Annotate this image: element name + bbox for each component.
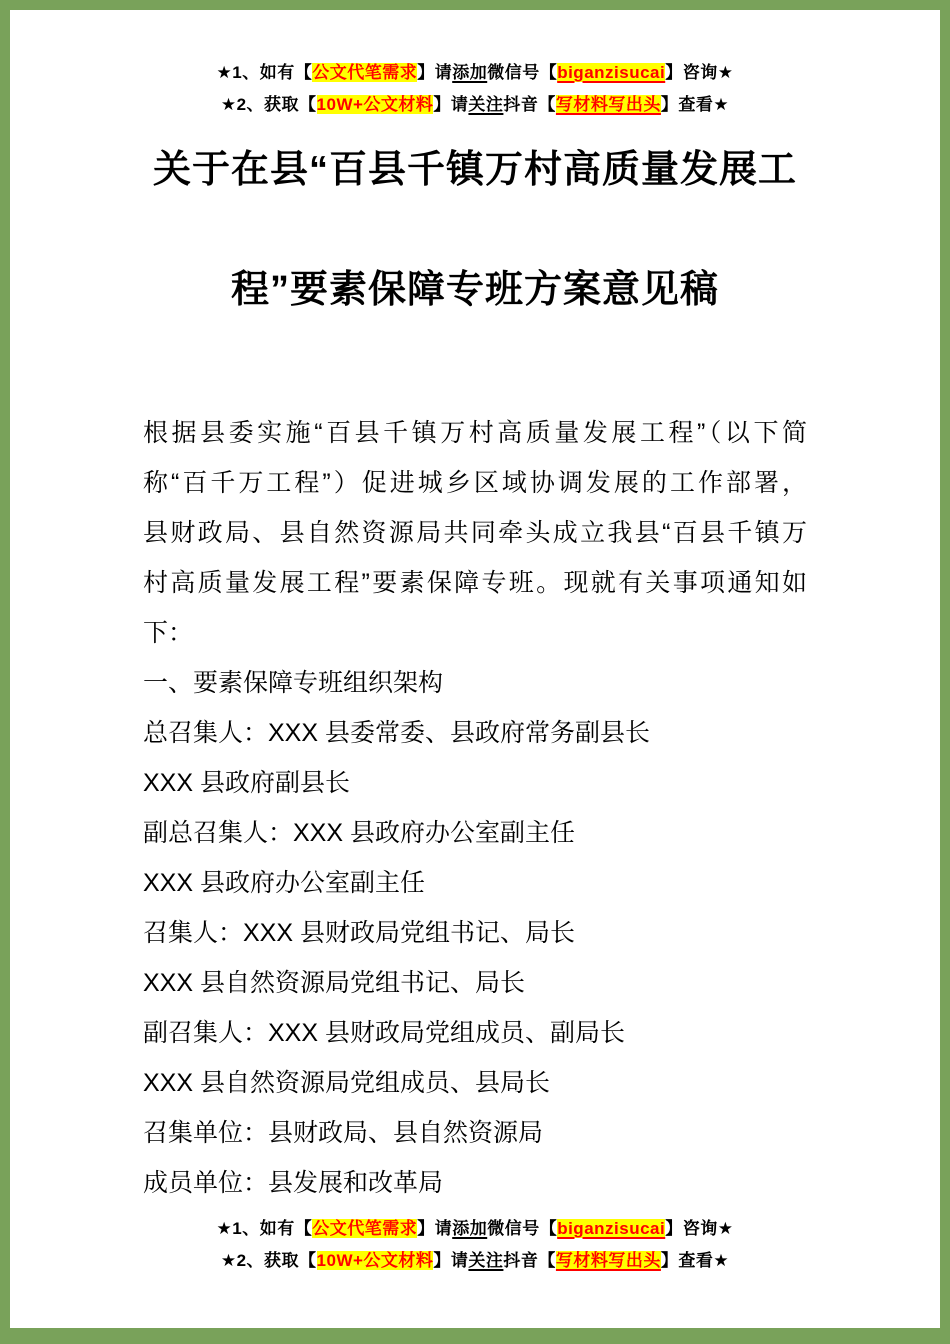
underlined-text: 关注 bbox=[468, 1251, 503, 1270]
header-promo-line-2: ★2、获取【10W+公文材料】请关注抖音【写材料写出头】查看★ bbox=[10, 89, 940, 121]
highlighted-keyword: biganzisucai bbox=[557, 1219, 665, 1238]
roster-line: XXX 县自然资源局党组成员、县局长 bbox=[143, 1058, 807, 1108]
roster-line: 召集单位：县财政局、县自然资源局 bbox=[143, 1108, 807, 1158]
roster-line: 副召集人：XXX 县财政局党组成员、副局长 bbox=[143, 1008, 807, 1058]
roster-line: XXX 县政府办公室副主任 bbox=[143, 858, 807, 908]
roster-line: 成员单位：县发展和改革局 bbox=[143, 1158, 807, 1208]
header-promo-line-1: ★1、如有【公文代笔需求】请添加微信号【biganzisucai】咨询★ bbox=[10, 57, 940, 89]
highlighted-keyword: biganzisucai bbox=[557, 63, 665, 82]
roster-list: 总召集人：XXX 县委常委、县政府常务副县长XXX 县政府副县长副总召集人：XX… bbox=[143, 708, 807, 1208]
document-page: ★1、如有【公文代笔需求】请添加微信号【biganzisucai】咨询★ ★2、… bbox=[0, 0, 950, 1344]
highlighted-keyword: 公文代笔需求 bbox=[312, 1219, 417, 1238]
promo-text: ★1、如有【 bbox=[217, 63, 313, 82]
opening-paragraph: 根据县委实施“百县千镇万村高质量发展工程”（以下简称“百千万工程”）促进城乡区域… bbox=[143, 408, 807, 658]
highlighted-keyword: 写材料写出头 bbox=[556, 1251, 661, 1270]
roster-line: 总召集人：XXX 县委常委、县政府常务副县长 bbox=[143, 708, 807, 758]
promo-text: 】咨询★ bbox=[665, 63, 733, 82]
underlined-text: 关注 bbox=[468, 95, 503, 114]
promo-text: 】请 bbox=[433, 95, 468, 114]
section-heading: 一、要素保障专班组织架构 bbox=[143, 658, 807, 708]
paragraph-line: 称“百千万工程”）促进城乡区域协调发展的工作部署， bbox=[143, 458, 807, 508]
promo-text: 】查看★ bbox=[661, 95, 729, 114]
document-title-line-2: 程”要素保障专班方案意见稿 bbox=[10, 267, 940, 313]
promo-text: 抖音【 bbox=[503, 95, 556, 114]
promo-text: 抖音【 bbox=[503, 1251, 556, 1270]
roster-line: 副总召集人：XXX 县政府办公室副主任 bbox=[143, 808, 807, 858]
paragraph-line: 下： bbox=[143, 608, 807, 658]
underlined-text: 添加 bbox=[452, 1219, 487, 1238]
underlined-text: 添加 bbox=[452, 63, 487, 82]
highlighted-keyword: 10W+公文材料 bbox=[317, 95, 434, 114]
paragraph-line: 县财政局、县自然资源局共同牵头成立我县“百县千镇万 bbox=[143, 508, 807, 558]
highlighted-keyword: 10W+公文材料 bbox=[317, 1251, 434, 1270]
promo-text: ★1、如有【 bbox=[217, 1219, 313, 1238]
roster-line: 召集人：XXX 县财政局党组书记、局长 bbox=[143, 908, 807, 958]
promo-text: ★2、获取【 bbox=[221, 95, 317, 114]
roster-line: XXX 县自然资源局党组书记、局长 bbox=[143, 958, 807, 1008]
paragraph-line: 村高质量发展工程”要素保障专班。现就有关事项通知如 bbox=[143, 558, 807, 608]
paragraph-line: 根据县委实施“百县千镇万村高质量发展工程”（以下简 bbox=[143, 408, 807, 458]
highlighted-keyword: 写材料写出头 bbox=[556, 95, 661, 114]
document-body: 根据县委实施“百县千镇万村高质量发展工程”（以下简称“百千万工程”）促进城乡区域… bbox=[143, 408, 807, 1208]
promo-text: 】咨询★ bbox=[665, 1219, 733, 1238]
footer-promo-line-1: ★1、如有【公文代笔需求】请添加微信号【biganzisucai】咨询★ bbox=[10, 1213, 940, 1245]
footer-promo-line-2: ★2、获取【10W+公文材料】请关注抖音【写材料写出头】查看★ bbox=[10, 1245, 940, 1277]
promo-text: ★2、获取【 bbox=[221, 1251, 317, 1270]
highlighted-keyword: 公文代笔需求 bbox=[312, 63, 417, 82]
promo-text: 微信号【 bbox=[487, 1219, 557, 1238]
document-title-line-1: 关于在县“百县千镇万村高质量发展工 bbox=[10, 147, 940, 193]
promo-text: 】请 bbox=[417, 1219, 452, 1238]
promo-text: 】查看★ bbox=[661, 1251, 729, 1270]
promo-text: 微信号【 bbox=[487, 63, 557, 82]
header-promo-banner: ★1、如有【公文代笔需求】请添加微信号【biganzisucai】咨询★ ★2、… bbox=[10, 57, 940, 121]
footer-promo-banner: ★1、如有【公文代笔需求】请添加微信号【biganzisucai】咨询★ ★2、… bbox=[10, 1213, 940, 1277]
promo-text: 】请 bbox=[433, 1251, 468, 1270]
roster-line: XXX 县政府副县长 bbox=[143, 758, 807, 808]
promo-text: 】请 bbox=[417, 63, 452, 82]
